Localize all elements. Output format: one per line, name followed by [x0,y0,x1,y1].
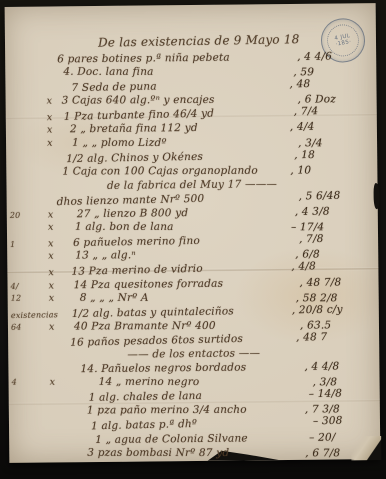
row-text: 3 Cajas 640 alg.ºⁿ y encajes [62,94,215,107]
row-text: 1 pza paño merino 3/4 ancho [87,404,247,417]
row-text: 6 pañuelos merino fino [73,235,200,249]
row-amount: , 4 4/6 [297,51,332,63]
row-amount: , 18 [294,149,315,161]
margin-note: 1 [10,240,15,249]
row-text: 3 pzas bombasi Nrº 87 yd [87,446,229,458]
row-text: 7 Seda de puna [71,81,157,94]
row-text: 1/2 alg. Chinos y Okénes [66,150,203,164]
row-text: 4. Doc. lana fina [63,66,153,78]
row-text: 2 „ bretaña fina 112 yd [70,122,198,135]
row-text: 1 „ „ plomo Lizdº [72,136,167,148]
row-text: 27 „ lienzo B 800 yd [77,207,189,220]
check-mark: x [48,280,54,291]
row-text: 1 Pza turbante fino 46/4 yd [64,108,215,123]
ledger-section-3: 14. Pañuelos negros bordados, 4 4/84x14 … [8,360,380,463]
row-amount: , 48 7 [296,331,328,344]
row-text: 1 alg. batas p.ª dhº [91,418,197,432]
row-amount: , 3/8 [313,376,338,388]
row-amount: , 5 6/48 [298,190,340,203]
row-text: 1 „ agua de Colonia Silvane [95,432,248,446]
row-text: 1/2 alg. batas y quintaleciños [72,305,234,320]
margin-note: 4 [12,378,17,387]
row-amount: , 59 [293,66,314,78]
check-mark: x [50,377,56,388]
row-amount: , 4/8 [291,261,316,274]
stamp-text-bottom: ·185· [335,39,352,48]
row-text: 14 Pza quesitones forradas [73,277,223,291]
row-amount: , 48 [289,78,310,90]
row-text: 40 Pza Bramante Nrº 400 [74,320,216,333]
row-text: 6 pares botines p.ª niña pebeta [57,52,230,66]
check-mark: x [47,137,53,148]
row-amount: , 7/4 [294,106,319,119]
check-mark: x [47,96,53,107]
row-amount: , 10 [290,164,311,176]
check-mark: x [49,321,55,332]
margin-note: 12 [11,293,22,302]
row-amount: , 7/8 [299,233,324,245]
row-amount: – 17/4 [291,221,324,233]
row-amount: , 48 7/8 [299,276,341,288]
stamp-text-top: 4 JUL [334,33,351,42]
ledger-row: 3 pzas bombasi Nrº 87 yd, 6 7/8 [9,446,380,461]
row-amount: – 20/ [309,431,336,443]
row-amount: , 20/8 c/y [292,303,343,316]
margin-note: 64 [11,323,22,332]
row-amount: , 3/4 [298,137,323,149]
row-text: 1 Caja con 100 Cajas organoplando [62,164,258,177]
check-mark: x [48,251,54,262]
row-text: 14 „ merino negro [99,376,200,388]
check-mark: x [47,125,53,136]
subheader-entactos: —— de los entactos —— [8,346,379,362]
ledger-section-2: dhos lienzo mante Nrº 500, 5 6/4820x27 „… [7,191,380,350]
row-text: 14. Pañuelos negros bordados [80,362,246,376]
check-mark: x [48,268,54,279]
row-amount: , 6 7/8 [305,447,340,459]
check-mark: x [48,239,54,250]
check-mark: x [48,222,54,233]
ledger-lines: 6 pares botines p.ª niña pebeta, 4 4/64.… [5,50,380,463]
check-mark: x [47,113,53,124]
row-text: 13 „ „ alg.ⁿ [75,250,136,262]
margin-note: 4/ [10,281,18,290]
row-text: 16 paños pesados 6tos surtidos [70,333,243,349]
row-text: 1 alg. chales de lana [89,390,203,404]
row-amount: , 4 4/8 [304,361,339,373]
margin-note: existencias [11,310,58,320]
row-amount: , 4/4 [290,121,315,133]
row-amount: , 6/8 [295,249,320,261]
margin-note: 20 [10,211,21,220]
row-amount: – 308 [313,415,343,428]
check-mark: x [48,209,54,220]
row-text: dhos lienzo mante Nrº 500 [57,193,205,208]
row-amount: , 4 3/8 [295,206,330,218]
page-title: De las existencias de 9 Mayo 18 [98,32,300,50]
row-amount: – 14/8 [309,388,343,401]
check-mark: x [49,292,55,303]
row-amount: , 58 2/8 [296,292,338,304]
row-text: 1 alg. bon de lana [75,221,174,233]
manuscript-paper: 4 JUL ·185· De las existencias de 9 Mayo… [5,3,381,463]
row-text: 13 Pza merino de vidrio [71,263,203,278]
ledger-section-1: 6 pares botines p.ª niña pebeta, 4 4/64.… [5,50,377,181]
row-amount: , 63.5 [300,319,331,331]
row-text: 8 „ „ „ Nrº A [80,291,149,303]
